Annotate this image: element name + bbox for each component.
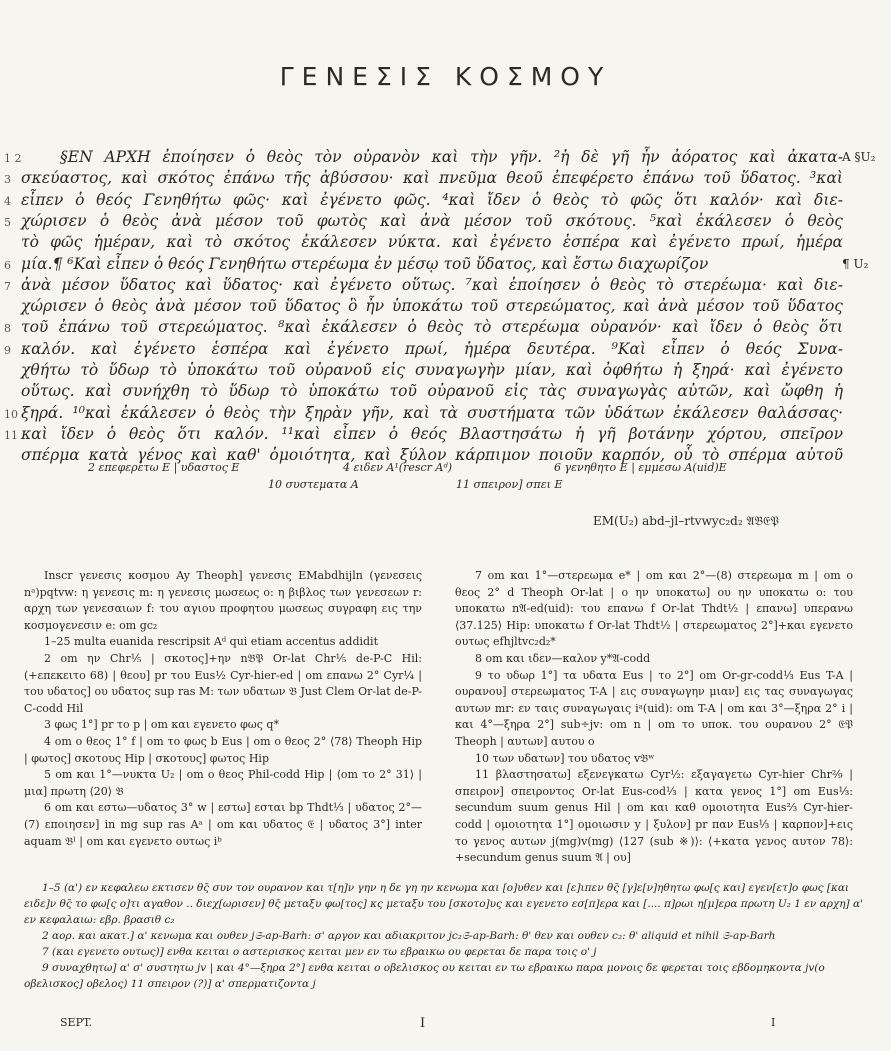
apparatus-paragraph: 9 συναχθητω] α' σ' συστητω jv | και 4°—ξ… bbox=[24, 960, 864, 992]
text-line: 11καὶ ἴδεν ὁ θεὸς ὅτι καλόν. ¹¹καὶ εἶπεν… bbox=[0, 425, 891, 447]
verse-text: χθήτω τὸ ὕδωρ τὸ ὑποκάτω τοῦ οὐρανοῦ εἰς… bbox=[21, 361, 843, 379]
margin-note: ¶ U₂ bbox=[842, 257, 868, 271]
apparatus-paragraph: Inscr γενεσις κοσμου Ay Theoph] γενεσις … bbox=[24, 568, 422, 634]
apparatus-paragraph: 3 φως 1°] pr το p | om και εγενετο φως q… bbox=[24, 717, 422, 734]
verse-text: χώρισεν ὁ θεὸς ἀνὰ μέσον τοῦ φωτὸς καὶ ἀ… bbox=[21, 212, 843, 230]
text-line: 5χώρισεν ὁ θεὸς ἀνὰ μέσον τοῦ φωτὸς καὶ … bbox=[0, 212, 891, 234]
apparatus-paragraph: 7 om και 1°—στερεωμα e* | om και 2°—(8) … bbox=[455, 568, 853, 651]
apparatus-paragraph: 1–5 (α') εν κεφαλεω εκτισεν θς̄ συν τον … bbox=[24, 880, 864, 928]
verse-text: σκεύαστος, καὶ σκότος ἐπάνω τῆς ἀβύσσου·… bbox=[21, 169, 843, 187]
apparatus-paragraph: 7 (και εγενετο ουτως)] ενθα κειται ο αστ… bbox=[24, 944, 864, 960]
text-line: 3σκεύαστος, καὶ σκότος ἐπάνω τῆς ἀβύσσου… bbox=[0, 169, 891, 191]
line-number: 8 bbox=[4, 322, 11, 335]
verse-text: μία.¶ ⁶Καὶ εἶπεν ὁ θεός Γενηθήτω στερέωμ… bbox=[21, 255, 843, 273]
hexaplaric-apparatus: 1–5 (α') εν κεφαλεω εκτισεν θς̄ συν τον … bbox=[24, 880, 864, 992]
apparatus-left-column: Inscr γενεσις κοσμου Ay Theoph] γενεσις … bbox=[24, 568, 422, 850]
verse-text: ξηρά. ¹⁰καὶ ἐκάλεσεν ὁ θεὸς τὴν ξηρὰν γῆ… bbox=[21, 404, 843, 422]
verse-text: καὶ ἴδεν ὁ θεὸς ὅτι καλόν. ¹¹καὶ εἶπεν ὁ… bbox=[21, 425, 843, 443]
line-number: 3 bbox=[4, 173, 11, 186]
verse-text: εἶπεν ὁ θεός Γενηθήτω φῶς· καὶ ἐγένετο φ… bbox=[21, 191, 843, 209]
apparatus-paragraph: 1–25 multa euanida rescripsit Aᵈ qui eti… bbox=[24, 634, 422, 651]
line-number: 10 bbox=[4, 408, 18, 421]
text-line: οὕτως. καὶ συνήχθη τὸ ὕδωρ τὸ ὑποκάτω το… bbox=[0, 382, 891, 404]
apparatus-right-column: 7 om και 1°—στερεωμα e* | om και 2°—(8) … bbox=[455, 568, 853, 867]
apparatus-paragraph: 2 αορ. και ακατ.] α' κενωμα και ουθεν j𝔖… bbox=[24, 928, 864, 944]
line-number: 9 bbox=[4, 344, 11, 357]
text-line: 10ξηρά. ¹⁰καὶ ἐκάλεσεν ὁ θεὸς τὴν ξηρὰν … bbox=[0, 404, 891, 426]
text-line: χώρισεν ὁ θεὸς ἀνὰ μέσον τοῦ ὕδατος ὃ ἦν… bbox=[0, 297, 891, 319]
apparatus-entry: 4 ειδεν A¹(rescr Aᵈ) bbox=[343, 461, 452, 474]
apparatus-entry: 6 γενηθητο E | εμμεσω A(uid)E bbox=[554, 461, 727, 474]
text-line: τὸ φῶς ἡμέραν, καὶ τὸ σκότος ἐκάλεσεν νύ… bbox=[0, 233, 891, 255]
page-title: ΓΕΝΕΣΙΣ ΚΟΣΜΟΥ bbox=[0, 62, 891, 91]
line-number: 11 bbox=[4, 429, 18, 442]
verse-text: τοῦ ἐπάνω τοῦ στερεώματος. ⁸καὶ ἐκάλεσεν… bbox=[21, 318, 843, 336]
verse-text: οὕτως. καὶ συνήχθη τὸ ὕδωρ τὸ ὑποκάτω το… bbox=[21, 382, 843, 400]
apparatus-entry: 10 συστεματα A bbox=[268, 478, 359, 491]
verse-text: καλόν. καὶ ἐγένετο ἑσπέρα καὶ ἐγένετο πρ… bbox=[21, 340, 843, 358]
apparatus-paragraph: 4 om ο θεος 1° f | om το φως b Eus | om … bbox=[24, 734, 422, 767]
verse-text: §ΕΝ ΑΡΧΗ ἐποίησεν ὁ θεὸς τὸν οὐρανὸν καὶ… bbox=[60, 148, 843, 166]
line-number: 7 bbox=[4, 280, 11, 293]
margin-note: A §U₂ bbox=[842, 150, 875, 164]
text-line: 6μία.¶ ⁶Καὶ εἶπεν ὁ θεός Γενηθήτω στερέω… bbox=[0, 255, 891, 277]
text-line: χθήτω τὸ ὕδωρ τὸ ὑποκάτω τοῦ οὐρανοῦ εἰς… bbox=[0, 361, 891, 383]
text-line: 7ἀνὰ μέσον ὕδατος καὶ ὕδατος· καὶ ἐγένετ… bbox=[0, 276, 891, 298]
verse-text: τὸ φῶς ἡμέραν, καὶ τὸ σκότος ἐκάλεσεν νύ… bbox=[21, 233, 843, 251]
sheet-mark: I bbox=[771, 1016, 775, 1029]
apparatus-paragraph: 11 βλαστησατω] εξενεγκατω Cyr½: εξαγαγετ… bbox=[455, 767, 853, 867]
apparatus-paragraph: 5 om και 1°—νυκτα U₂ | om ο θεος Phil-co… bbox=[24, 767, 422, 800]
apparatus-paragraph: 8 om και ιδεν—καλον y*𝔄-codd bbox=[455, 651, 853, 668]
apparatus-paragraph: 6 om και εστω—υδατος 3° w | εστω] εσται … bbox=[24, 800, 422, 850]
text-line: 8τοῦ ἐπάνω τοῦ στερεώματος. ⁸καὶ ἐκάλεσε… bbox=[0, 318, 891, 340]
page-number: I bbox=[420, 1016, 425, 1031]
line-number: 1 2 bbox=[4, 152, 22, 165]
text-line: 4εἶπεν ὁ θεός Γενηθήτω φῶς· καὶ ἐγένετο … bbox=[0, 191, 891, 213]
line-number: 5 bbox=[4, 216, 11, 229]
signature-mark: SEPT. bbox=[60, 1016, 92, 1029]
line-number: 4 bbox=[4, 195, 11, 208]
line-number: 6 bbox=[4, 259, 11, 272]
apparatus-entry: 11 σπειρον] σπει E bbox=[456, 478, 563, 491]
verse-text: χώρισεν ὁ θεὸς ἀνὰ μέσον τοῦ ὕδατος ὃ ἦν… bbox=[21, 297, 843, 315]
apparatus-paragraph: 9 το υδωρ 1°] τα υδατα Eus | το 2°] om O… bbox=[455, 668, 853, 751]
verse-text: ἀνὰ μέσον ὕδατος καὶ ὕδατος· καὶ ἐγένετο… bbox=[21, 276, 843, 294]
apparatus-entry: 2 επεφερετω E | υδαστος E bbox=[88, 461, 239, 474]
text-line: 9καλόν. καὶ ἐγένετο ἑσπέρα καὶ ἐγένετο π… bbox=[0, 340, 891, 362]
text-line: 1 2§ΕΝ ΑΡΧΗ ἐποίησεν ὁ θεὸς τὸν οὐρανὸν … bbox=[0, 148, 891, 170]
apparatus-paragraph: 10 των υδατων] του υδατος v𝔅ʷ bbox=[455, 751, 853, 768]
apparatus-paragraph: 2 om ην Chr⅕ | σκοτος]+ην n𝔅𝔓 Or-lat Chr… bbox=[24, 651, 422, 717]
manuscript-list: EM(U₂) abd–jl–rtvwyc₂d₂ 𝔄𝔅𝔈𝔓 bbox=[593, 514, 779, 529]
